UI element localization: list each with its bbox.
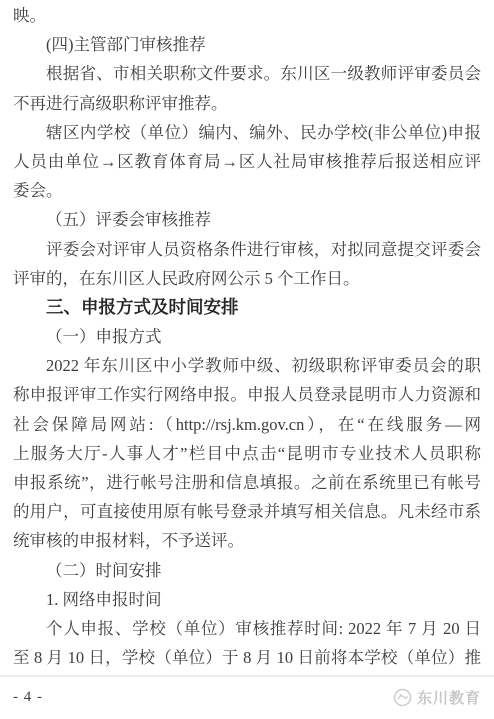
- page-number: - 4 -: [13, 689, 43, 706]
- paragraph-line: 称申报评审工作实行网络申报。申报人员登录昆明市人力资源和: [13, 380, 481, 409]
- paragraph-line: 申报系统”，进行帐号注册和信息填报。之前在系统里已有帐号: [13, 468, 481, 497]
- paragraph-line: 上服务大厅-人事人才”栏目中点击“昆明市专业技术人员职称: [13, 439, 481, 468]
- paragraph-line: 评委会对评审人员资格条件进行审核，对拟同意提交评委会: [13, 235, 481, 264]
- paragraph-line: 不再进行高级职称评审推荐。: [13, 89, 481, 118]
- document-page: 映。 (四)主管部门审核推荐 根据省、市相关职称文件要求。东川区一级教师评审委员…: [0, 0, 494, 719]
- paragraph-line: 辖区内学校（单位）编内、编外、民办学校(非公单位)申报: [13, 118, 481, 147]
- page-footer: - 4 - 东川教育: [0, 675, 494, 719]
- paragraph-line: 人员由单位→区教育体育局→区人社局审核推荐后报送相应评: [13, 147, 481, 176]
- subsection-heading-1: （一）申报方式: [13, 322, 481, 351]
- paragraph-line: 个人申报、学校（单位）审核推荐时间: 2022 年 7 月 20 日: [13, 614, 481, 643]
- brand-watermark: 东川教育: [393, 687, 481, 708]
- paragraph-line: 至 8 月 10 日，学校（单位）于 8 月 10 日前将本学校（单位）推: [13, 643, 481, 672]
- subsection-heading-4: (四)主管部门审核推荐: [13, 30, 481, 59]
- paragraph-line: 根据省、市相关职称文件要求。东川区一级教师评审委员会: [13, 59, 481, 88]
- paragraph-line: 映。: [13, 1, 481, 30]
- paragraph-line: 委会。: [13, 176, 481, 205]
- paragraph-line: 统审核的申报材料，不予送评。: [13, 526, 481, 555]
- brand-logo-icon: [393, 688, 412, 707]
- paragraph-line: 社会保障局网站:（http://rsj.km.gov.cn），在“在线服务—网: [13, 410, 481, 439]
- paragraph-line: 评审的，在东川区人民政府网公示 5 个工作日。: [13, 264, 481, 293]
- paragraph-line: 2022 年东川区中小学教师中级、初级职称评审委员会的职: [13, 351, 481, 380]
- list-item-1: 1. 网络申报时间: [13, 585, 481, 614]
- paragraph-line: 的用户，可直接使用原有帐号登录并填写相关信息。凡未经市系: [13, 497, 481, 526]
- subsection-heading-2: （二）时间安排: [13, 556, 481, 585]
- subsection-heading-5: （五）评委会审核推荐: [13, 205, 481, 234]
- brand-name: 东川教育: [417, 687, 481, 708]
- section-heading-3: 三、申报方式及时间安排: [13, 293, 481, 322]
- document-content: 映。 (四)主管部门审核推荐 根据省、市相关职称文件要求。东川区一级教师评审委员…: [0, 0, 494, 673]
